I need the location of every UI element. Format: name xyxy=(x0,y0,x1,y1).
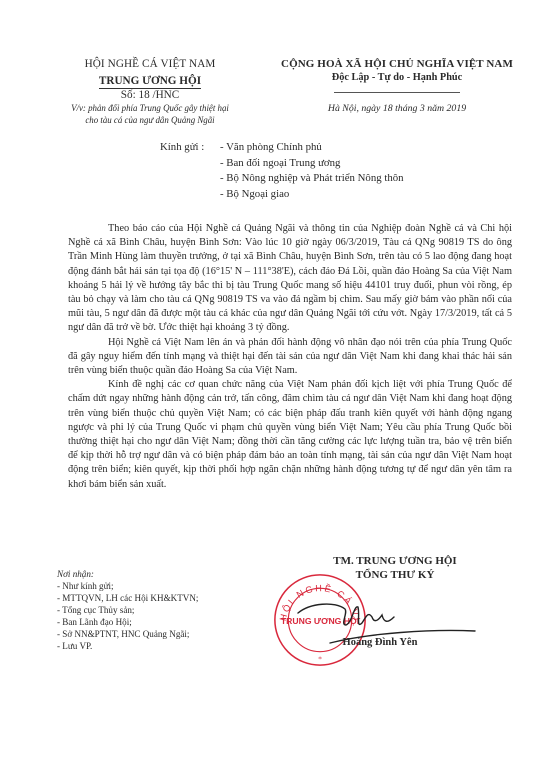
body-paragraph: Kính đề nghị các cơ quan chức năng của V… xyxy=(68,378,512,492)
national-motto: Độc Lập - Tự do - Hạnh Phúc xyxy=(262,71,532,84)
signer-name: Hoàng Đình Yên xyxy=(300,637,460,648)
distribution-title: Nơi nhận: xyxy=(57,568,198,580)
svg-text:*: * xyxy=(318,654,322,663)
signer-position: TỔNG THƯ KÝ xyxy=(300,568,490,582)
recipient-item: - Bộ Nông nghiệp và Phát triển Nông thôn xyxy=(160,171,404,187)
signer-on-behalf: TM. TRUNG ƯƠNG HỘI xyxy=(300,554,490,568)
national-header: CỘNG HOÀ XÃ HỘI CHỦ NGHĨA VIỆT NAM Độc L… xyxy=(262,58,532,114)
document-number: Số: 18 /HNC xyxy=(50,89,250,102)
recipient-item: - Ban đối ngoại Trung ương xyxy=(160,156,404,172)
signature-block: TM. TRUNG ƯƠNG HỘI TỔNG THƯ KÝ Hoàng Đìn… xyxy=(300,554,490,582)
letter-body: Theo báo cáo của Hội Nghề cá Quảng Ngãi … xyxy=(68,222,512,492)
nation-title: CỘNG HOÀ XÃ HỘI CHỦ NGHĨA VIỆT NAM xyxy=(262,58,532,71)
subject-line-2: cho tàu cá của ngư dân Quảng Ngãi xyxy=(50,115,250,126)
body-paragraph: Theo báo cáo của Hội Nghề cá Quảng Ngãi … xyxy=(68,222,512,336)
recipient-item: - Bộ Ngoại giao xyxy=(160,187,404,203)
department-name: TRUNG ƯƠNG HỘI xyxy=(99,75,201,89)
distribution-item: - Lưu VP. xyxy=(57,640,198,652)
body-paragraph: Hội Nghề cá Việt Nam lên án và phản đối … xyxy=(68,336,512,379)
distribution-item: - MTTQVN, LH các Hội KH&KTVN; xyxy=(57,592,198,604)
distribution-item: - Ban Lãnh đạo Hội; xyxy=(57,616,198,628)
subject-line-1: V/v: phản đối phía Trung Quốc gây thiệt … xyxy=(50,103,250,114)
distribution-item: - Như kính gửi; xyxy=(57,580,198,592)
recipients-label: Kính gửi : xyxy=(160,140,220,156)
organization-name: HỘI NGHỀ CÁ VIỆT NAM xyxy=(50,58,250,71)
distribution-list: Nơi nhận: - Như kính gửi; - MTTQVN, LH c… xyxy=(57,568,198,652)
recipients-block: Kính gửi :- Văn phòng Chính phủ - Ban đố… xyxy=(160,140,404,202)
distribution-item: - Tổng cục Thủy sản; xyxy=(57,604,198,616)
header-divider xyxy=(334,92,460,93)
issuer-header: HỘI NGHỀ CÁ VIỆT NAM TRUNG ƯƠNG HỘI Số: … xyxy=(50,58,250,126)
recipient-item: - Văn phòng Chính phủ xyxy=(220,141,322,153)
distribution-item: - Sở NN&PTNT, HNC Quảng Ngãi; xyxy=(57,628,198,640)
date-line: Hà Nội, ngày 18 tháng 3 năm 2019 xyxy=(262,103,532,114)
